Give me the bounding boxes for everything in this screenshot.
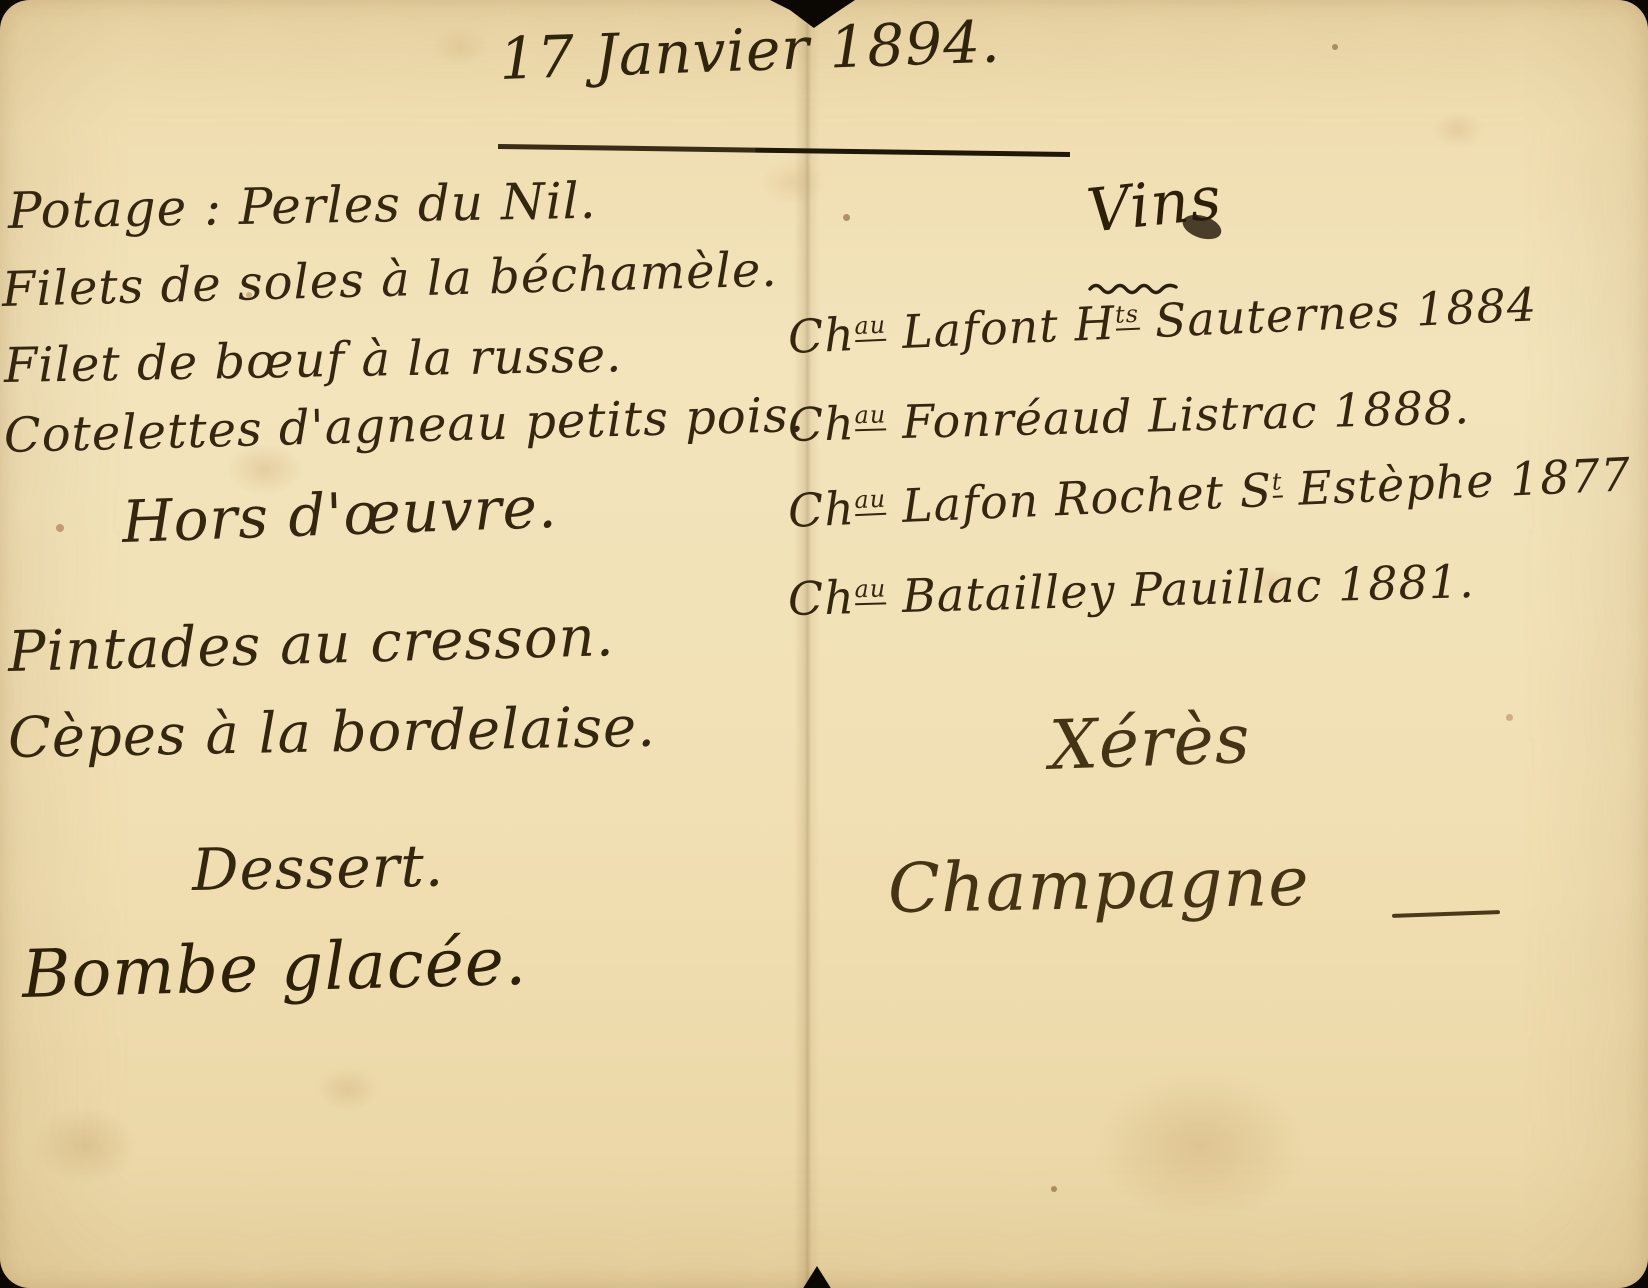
chateau-abbr-sup: au bbox=[854, 400, 886, 431]
champagne-flourish-line bbox=[1392, 910, 1500, 918]
paper-speck bbox=[56, 524, 64, 532]
paper-speck bbox=[1506, 714, 1513, 721]
drink-champagne: Champagne bbox=[887, 843, 1310, 929]
drink-xeres: Xérès bbox=[959, 697, 1342, 789]
course-potage: Potage : Perles du Nil. bbox=[7, 172, 597, 240]
chateau-abbr-sup: au bbox=[854, 310, 887, 341]
course-filet-de-boeuf: Filet de bœuf à la russe. bbox=[4, 327, 623, 394]
chateau-abbr: Ch bbox=[787, 570, 855, 626]
paper-speck bbox=[843, 214, 850, 221]
paper-stain bbox=[300, 1056, 396, 1122]
dessert-item-bombe-glacee: Bombe glacée. bbox=[21, 923, 528, 1013]
menu-card: 17 Janvier 1894. Potage : Perles du Nil.… bbox=[0, 0, 1648, 1288]
wine-batailley-pauillac: Chau Batailley Pauillac 1881. bbox=[787, 554, 1475, 626]
paper-stain bbox=[1420, 104, 1496, 156]
title-underline bbox=[498, 144, 1070, 157]
paper-speck bbox=[1332, 44, 1338, 50]
wines-heading: Vins bbox=[1036, 158, 1272, 252]
course-filets-de-soles: Filets de soles à la béchamèle. bbox=[1, 242, 778, 318]
dessert-heading: Dessert. bbox=[191, 832, 444, 904]
hors-doeuvre-heading: Hors d'œuvre. bbox=[121, 473, 559, 556]
chateau-abbr-sup: au bbox=[854, 484, 887, 515]
item-pintades: Pintades au cresson. bbox=[7, 604, 615, 685]
paper-speck bbox=[1051, 1186, 1057, 1192]
wine-name: Fonréaud Listrac 1888. bbox=[886, 380, 1471, 449]
chateau-abbr: Ch bbox=[787, 396, 855, 452]
wine-fonreaud-listrac: Chau Fonréaud Listrac 1888. bbox=[787, 380, 1470, 452]
menu-date-title: 17 Janvier 1894. bbox=[469, 6, 1031, 94]
item-cepes: Cèpes à la bordelaise. bbox=[7, 695, 656, 771]
chateau-abbr: Ch bbox=[787, 481, 856, 538]
center-fold-crease bbox=[794, 0, 820, 1288]
wine-name-sup: ts bbox=[1114, 299, 1139, 330]
paper-stain bbox=[1050, 1040, 1350, 1250]
wine-name: Batailley Pauillac 1881. bbox=[886, 554, 1476, 623]
paper-stain bbox=[748, 150, 838, 214]
wine-rest: Sauternes 1884 bbox=[1138, 277, 1538, 348]
wine-rest: Estèphe 1877 bbox=[1282, 447, 1633, 516]
chateau-abbr: Ch bbox=[787, 307, 856, 364]
course-cotelettes: Cotelettes d'agneau petits pois. bbox=[3, 387, 805, 464]
chateau-abbr-sup: au bbox=[854, 574, 886, 605]
wine-name: Lafont H bbox=[885, 296, 1116, 360]
wine-name: Lafon Rochet S bbox=[885, 463, 1273, 534]
wine-lafon-rochet: Chau Lafon Rochet St Estèphe 1877 bbox=[787, 447, 1632, 538]
paper-stain bbox=[10, 1090, 160, 1200]
